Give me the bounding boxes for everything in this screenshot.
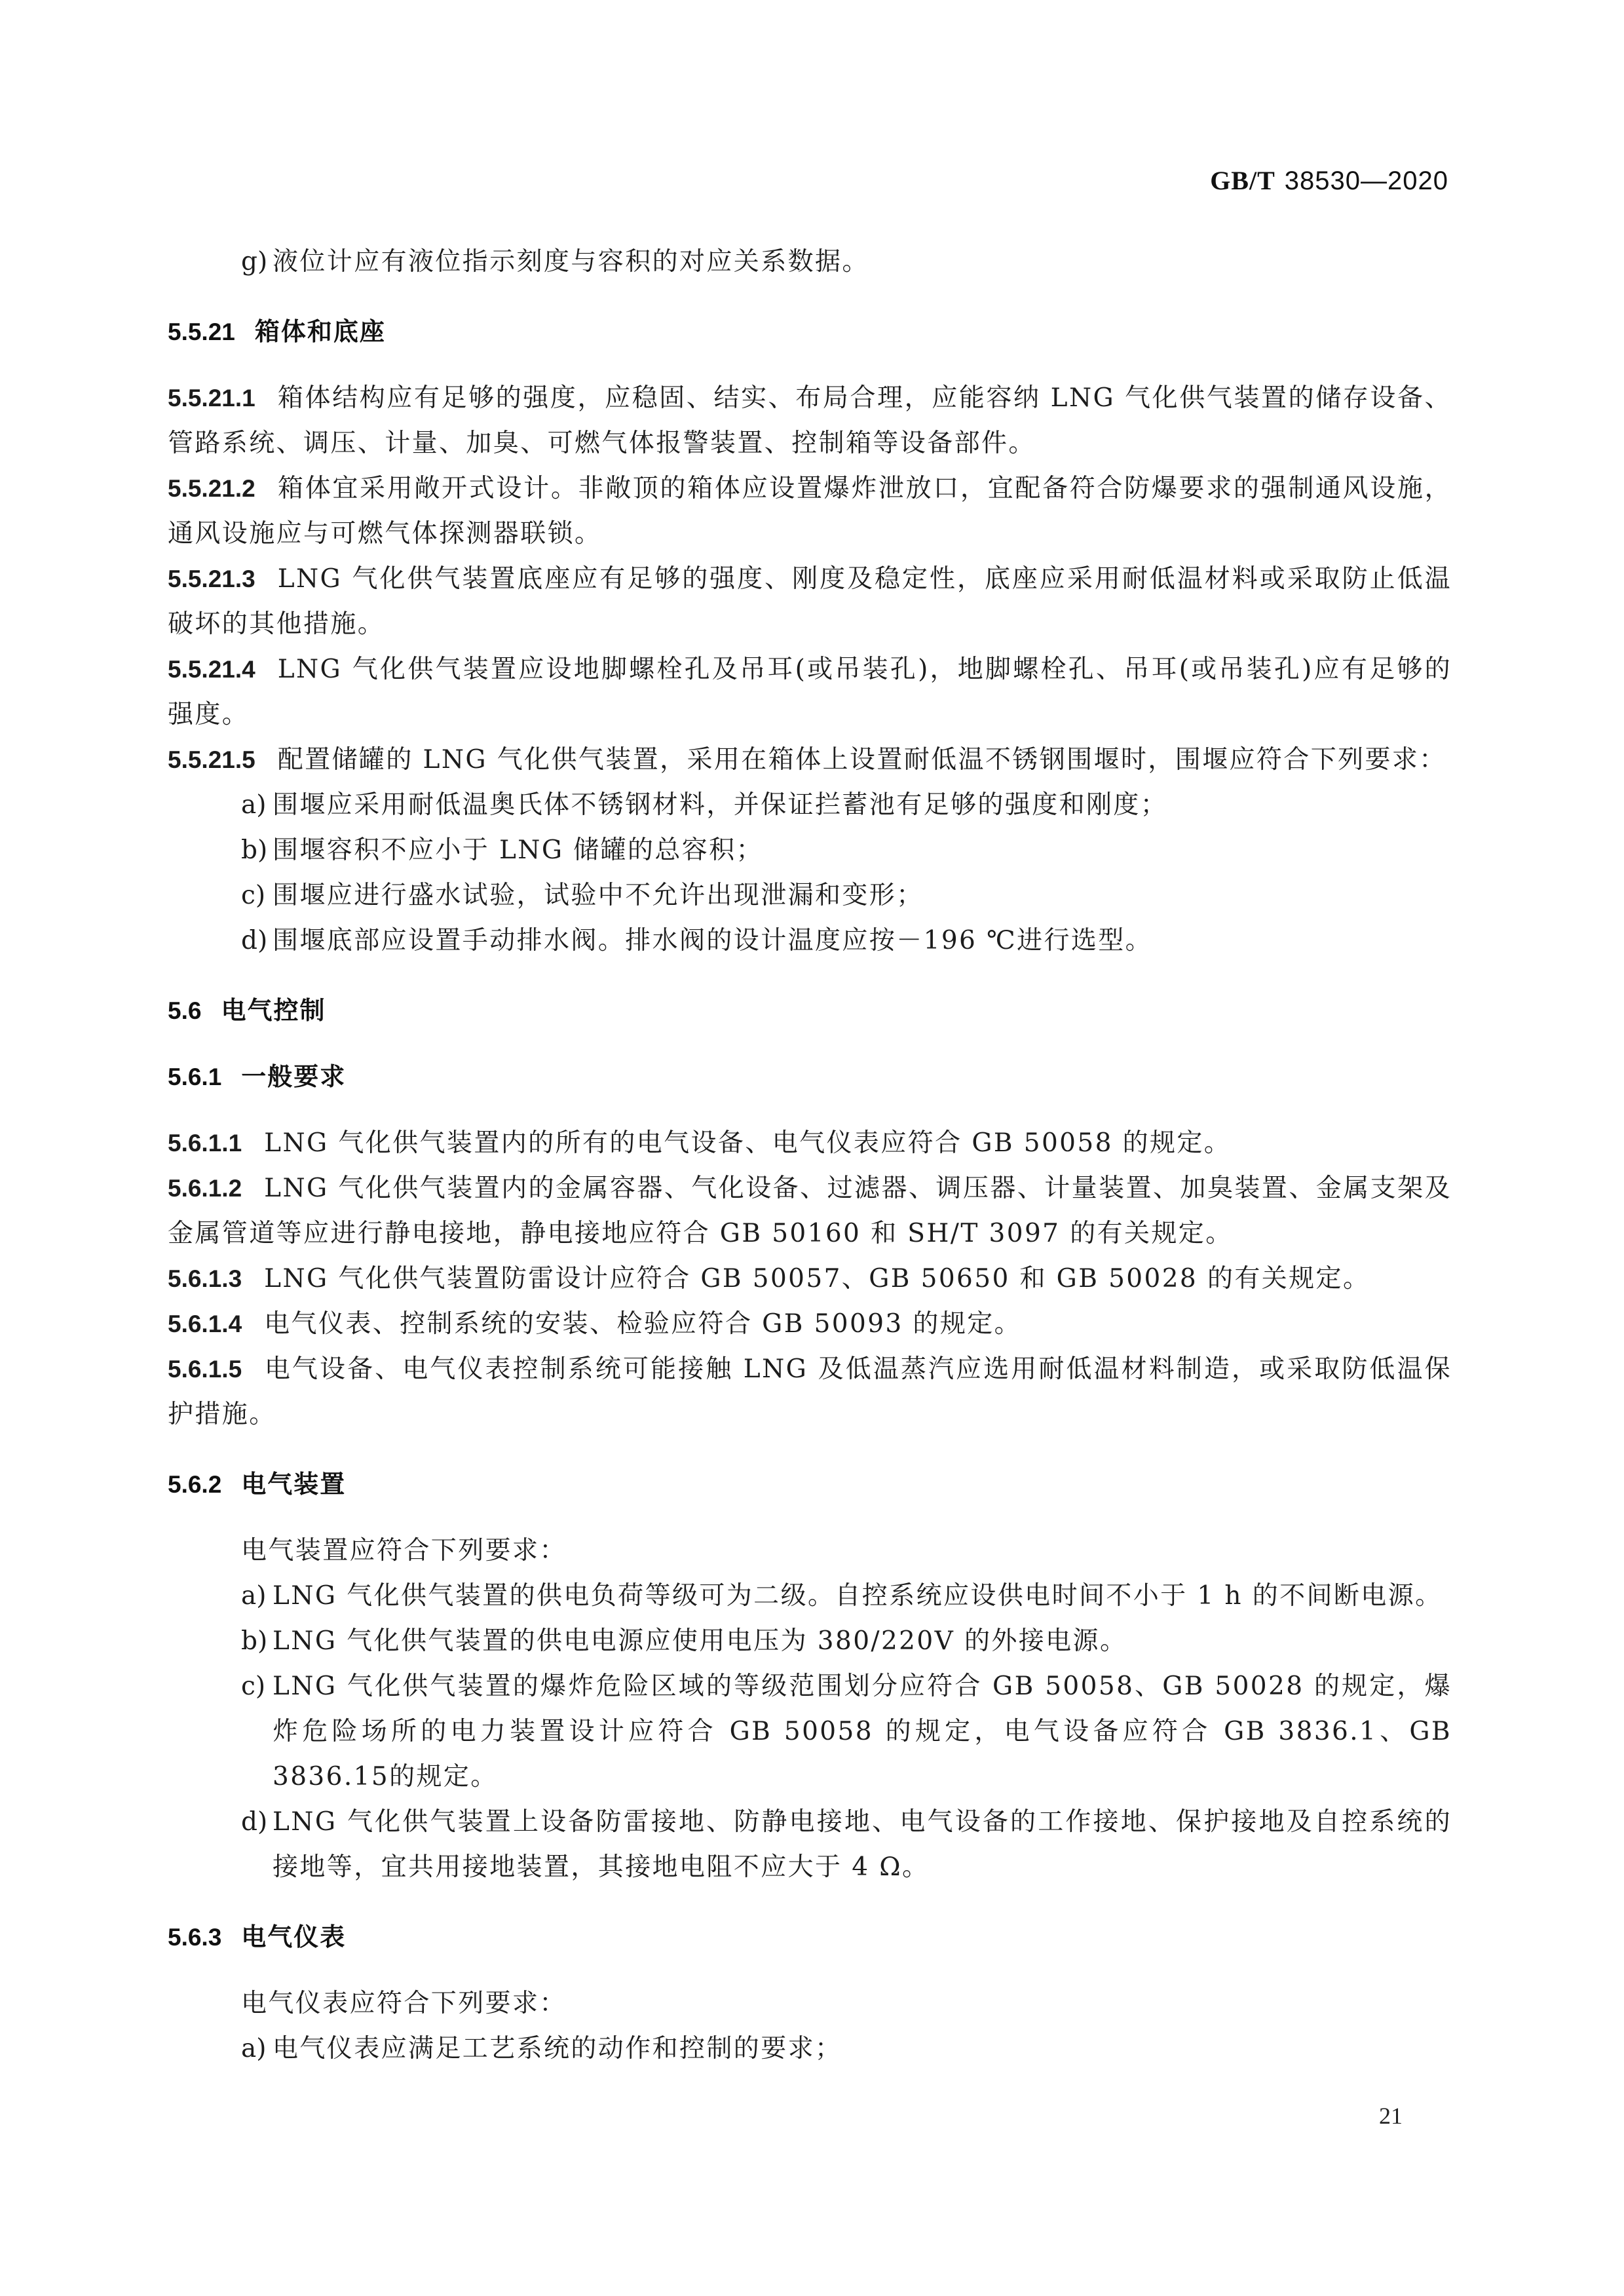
list-marker: a) (241, 2026, 266, 2071)
list-item-text: 围堰容积不应小于 LNG 储罐的总容积； (273, 835, 763, 865)
clause-number: 5.5.21.2 (168, 475, 255, 502)
clause-text: 箱体宜采用敞开式设计。非敞顶的箱体应设置爆炸泄放口，宜配备符合防爆要求的强制通风… (168, 474, 1452, 548)
list-marker: d) (241, 918, 267, 963)
clause-text: LNG 气化供气装置防雷设计应符合 GB 50057、GB 50650 和 GB… (264, 1264, 1370, 1293)
clause-number: 5.6.1.3 (168, 1265, 242, 1292)
clause-number: 5.6.1.1 (168, 1130, 242, 1157)
clause-number: 5.5.21.3 (168, 565, 255, 592)
list-marker: c) (241, 873, 265, 918)
section-number: 5.6.1 (168, 1063, 221, 1090)
clause-text: LNG 气化供气装置内的金属容器、气化设备、过滤器、调压器、计量装置、加臭装置、… (168, 1174, 1452, 1248)
list-marker: b) (241, 828, 267, 873)
section-title: 一般要求 (241, 1062, 346, 1091)
section-title: 箱体和底座 (255, 317, 386, 346)
document-body: g) 液位计应有液位指示刻度与容积的对应关系数据。 5.5.21箱体和底座 5.… (168, 239, 1452, 2071)
clause-text: 电气设备、电气仪表控制系统可能接触 LNG 及低温蒸汽应选用耐低温材料制造，或采… (168, 1354, 1452, 1429)
list-item-text: 围堰底部应设置手动排水阀。排水阀的设计温度应按－196 ℃进行选型。 (273, 926, 1152, 955)
list-item-a: a) 电气仪表应满足工艺系统的动作和控制的要求； (168, 2026, 1452, 2071)
section-title: 电气装置 (241, 1470, 346, 1499)
section-heading-5-6-2: 5.6.2电气装置 (168, 1462, 1452, 1507)
list-item-d: d) 围堰底部应设置手动排水阀。排水阀的设计温度应按－196 ℃进行选型。 (168, 918, 1452, 963)
clause-5-5-21-2: 5.5.21.2箱体宜采用敞开式设计。非敞顶的箱体应设置爆炸泄放口，宜配备符合防… (168, 466, 1452, 556)
list-item-text: 围堰应采用耐低温奥氏体不锈钢材料，并保证拦蓄池有足够的强度和刚度； (273, 790, 1167, 820)
section-intro: 电气仪表应符合下列要求： (168, 1981, 1452, 2026)
clause-5-5-21-1: 5.5.21.1箱体结构应有足够的强度，应稳固、结实、布局合理，应能容纳 LNG… (168, 375, 1452, 466)
clause-5-5-21-3: 5.5.21.3LNG 气化供气装置底座应有足够的强度、刚度及稳定性，底座应采用… (168, 556, 1452, 647)
clause-text: 配置储罐的 LNG 气化供气装置，采用在箱体上设置耐低温不锈钢围堰时，围堰应符合… (278, 745, 1446, 775)
standard-prefix: GB/T (1210, 166, 1275, 195)
clause-text: LNG 气化供气装置内的所有的电气设备、电气仪表应符合 GB 50058 的规定… (264, 1128, 1231, 1158)
section-number: 5.5.21 (168, 318, 235, 345)
clause-number: 5.5.21.4 (168, 656, 255, 683)
clause-number: 5.5.21.5 (168, 746, 255, 773)
clause-number: 5.6.1.4 (168, 1311, 242, 1337)
list-marker: b) (241, 1618, 267, 1664)
clause-5-6-1-3: 5.6.1.3LNG 气化供气装置防雷设计应符合 GB 50057、GB 506… (168, 1256, 1452, 1301)
list-marker: g) (241, 239, 267, 284)
clause-5-5-21-4: 5.5.21.4LNG 气化供气装置应设地脚螺栓孔及吊耳(或吊装孔)，地脚螺栓孔… (168, 647, 1452, 737)
document-page: GB/T38530—2020 g) 液位计应有液位指示刻度与容积的对应关系数据。… (0, 0, 1624, 2296)
clause-number: 5.6.1.2 (168, 1175, 242, 1202)
clause-text: LNG 气化供气装置应设地脚螺栓孔及吊耳(或吊装孔)，地脚螺栓孔、吊耳(或吊装孔… (168, 655, 1452, 729)
clause-number: 5.6.1.5 (168, 1356, 242, 1383)
clause-5-6-1-4: 5.6.1.4电气仪表、控制系统的安装、检验应符合 GB 50093 的规定。 (168, 1301, 1452, 1347)
section-intro: 电气装置应符合下列要求： (168, 1528, 1452, 1573)
clause-text: 箱体结构应有足够的强度，应稳固、结实、布局合理，应能容纳 LNG 气化供气装置的… (168, 383, 1452, 458)
list-item-b: b) 围堰容积不应小于 LNG 储罐的总容积； (168, 828, 1452, 873)
list-item-text: LNG 气化供气装置的爆炸危险区域的等级范围划分应符合 GB 50058、GB … (273, 1672, 1452, 1791)
clause-number: 5.5.21.1 (168, 385, 255, 411)
list-marker: c) (241, 1664, 265, 1709)
list-marker: d) (241, 1799, 267, 1845)
clause-text: 电气仪表、控制系统的安装、检验应符合 GB 50093 的规定。 (264, 1309, 1021, 1339)
clause-text: LNG 气化供气装置底座应有足够的强度、刚度及稳定性，底座应采用耐低温材料或采取… (168, 564, 1452, 639)
clause-5-5-21-5: 5.5.21.5配置储罐的 LNG 气化供气装置，采用在箱体上设置耐低温不锈钢围… (168, 737, 1452, 782)
list-item-text: 电气仪表应满足工艺系统的动作和控制的要求； (273, 2034, 842, 2063)
clause-5-6-1-5: 5.6.1.5电气设备、电气仪表控制系统可能接触 LNG 及低温蒸汽应选用耐低温… (168, 1347, 1452, 1437)
section-heading-5-6-1: 5.6.1一般要求 (168, 1054, 1452, 1100)
list-item-a: a) 围堰应采用耐低温奥氏体不锈钢材料，并保证拦蓄池有足够的强度和刚度； (168, 782, 1452, 828)
section-number: 5.6.2 (168, 1471, 221, 1498)
list-item-text: 液位计应有液位指示刻度与容积的对应关系数据。 (273, 247, 869, 277)
list-marker: a) (241, 1573, 266, 1618)
section-number: 5.6.3 (168, 1924, 221, 1951)
standard-number: 38530—2020 (1285, 166, 1448, 195)
page-number: 21 (1379, 2102, 1403, 2130)
list-item-text: LNG 气化供气装置上设备防雷接地、防静电接地、电气设备的工作接地、保护接地及自… (273, 1807, 1452, 1882)
list-item-c: c) 围堰应进行盛水试验，试验中不允许出现泄漏和变形； (168, 873, 1452, 918)
list-item-a: a) LNG 气化供气装置的供电负荷等级可为二级。自控系统应设供电时间不小于 1… (168, 1573, 1452, 1618)
list-item-g: g) 液位计应有液位指示刻度与容积的对应关系数据。 (168, 239, 1452, 284)
list-item-c: c) LNG 气化供气装置的爆炸危险区域的等级范围划分应符合 GB 50058、… (168, 1664, 1452, 1799)
list-item-b: b) LNG 气化供气装置的供电电源应使用电压为 380/220V 的外接电源。 (168, 1618, 1452, 1664)
section-heading-5-6: 5.6电气控制 (168, 988, 1452, 1033)
section-title: 电气仪表 (241, 1923, 346, 1951)
list-item-text: LNG 气化供气装置的供电负荷等级可为二级。自控系统应设供电时间不小于 1 h … (273, 1581, 1443, 1611)
list-item-text: LNG 气化供气装置的供电电源应使用电压为 380/220V 的外接电源。 (273, 1626, 1127, 1656)
section-heading-5-5-21: 5.5.21箱体和底座 (168, 309, 1452, 354)
section-title: 电气控制 (221, 996, 326, 1025)
section-number: 5.6 (168, 997, 201, 1024)
list-item-d: d) LNG 气化供气装置上设备防雷接地、防静电接地、电气设备的工作接地、保护接… (168, 1799, 1452, 1890)
clause-5-6-1-2: 5.6.1.2LNG 气化供气装置内的金属容器、气化设备、过滤器、调压器、计量装… (168, 1166, 1452, 1256)
standard-code-header: GB/T38530—2020 (1210, 165, 1448, 197)
section-heading-5-6-3: 5.6.3电气仪表 (168, 1915, 1452, 1960)
clause-5-6-1-1: 5.6.1.1LNG 气化供气装置内的所有的电气设备、电气仪表应符合 GB 50… (168, 1120, 1452, 1166)
list-item-text: 围堰应进行盛水试验，试验中不允许出现泄漏和变形； (273, 881, 924, 910)
list-marker: a) (241, 782, 266, 828)
